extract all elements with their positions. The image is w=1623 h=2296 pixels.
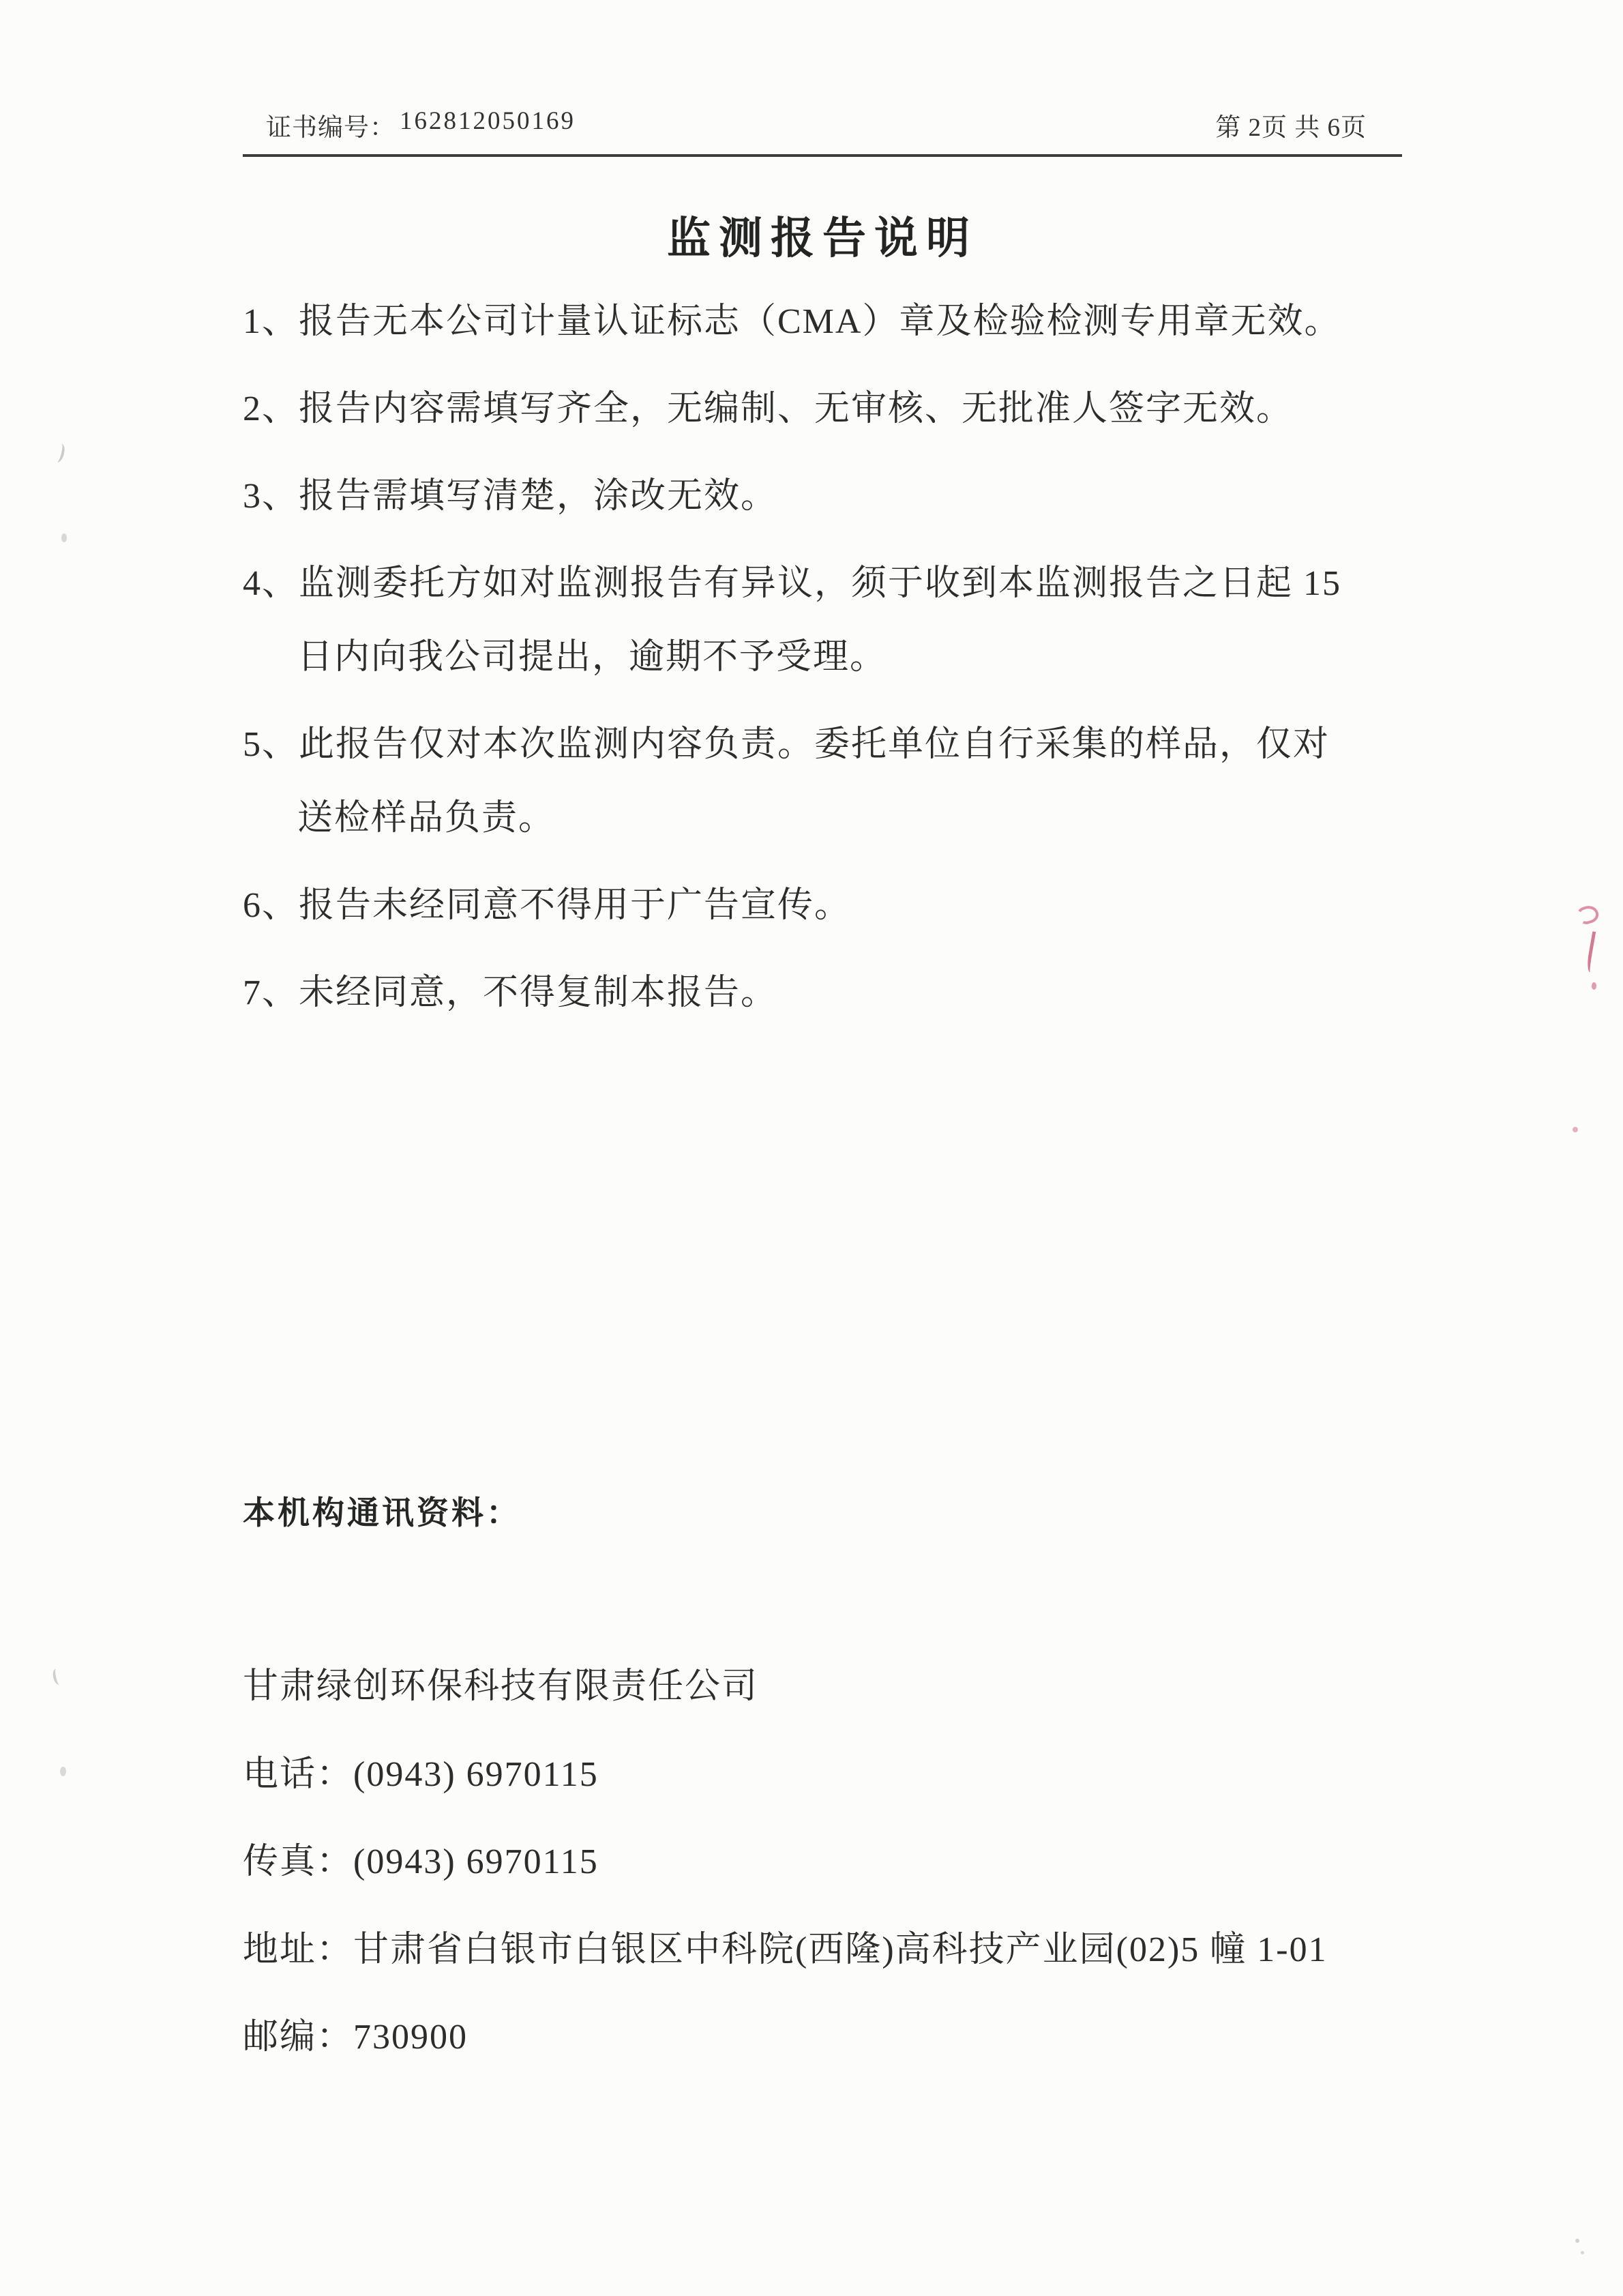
note-item-7: 7、未经同意，不得复制本报告。 — [243, 956, 1418, 1030]
certificate-number-line: 证书编号： 162812050169 — [266, 106, 576, 143]
note-item-5: 5、此报告仅对本次监测内容负责。委托单位自行采集的样品，仅对 送检样品负责。 — [243, 708, 1418, 855]
scan-artifact — [1575, 2239, 1579, 2243]
note-item-2: 2、报告内容需填写齐全，无编制、无审核、无批准人签字无效。 — [243, 372, 1418, 446]
note-item-3: 3、报告需填写清楚，涂改无效。 — [243, 460, 1418, 533]
notes-list: 1、报告无本公司计量认证标志（CMA）章及检验检测专用章无效。 2、报告内容需填… — [243, 285, 1418, 1044]
scan-artifact — [53, 443, 66, 464]
scan-artifact — [61, 533, 67, 542]
fax-line: 传真：(0943) 6970115 — [243, 1841, 1443, 1883]
certificate-number: 162812050169 — [400, 106, 576, 143]
stamp-bleed-mark — [1576, 903, 1601, 926]
address-line: 地址：甘肃省白银市白银区中科院(西隆)高科技产业园(02)5 幢 1-01 — [243, 1929, 1443, 1971]
note-item-6: 6、报告未经同意不得用于广告宣传。 — [243, 869, 1418, 943]
scan-artifact — [52, 1668, 64, 1686]
contact-heading: 本机构通讯资料： — [243, 1494, 1443, 1532]
note-item-1: 1、报告无本公司计量认证标志（CMA）章及检验检测专用章无效。 — [243, 285, 1418, 359]
company-name: 甘肃绿创环保科技有限责任公司 — [243, 1666, 1443, 1708]
scan-artifact — [60, 1767, 66, 1776]
note-item-4: 4、监测委托方如对监测报告有异议，须于收到本监测报告之日起 15 日内向我公司提… — [243, 547, 1418, 694]
page-header: 证书编号： 162812050169 第 2页 共 6页 — [243, 106, 1402, 157]
contact-info-block: 本机构通讯资料： 甘肃绿创环保科技有限责任公司 电话：(0943) 697011… — [243, 1494, 1443, 2059]
stamp-bleed-mark — [1585, 931, 1602, 973]
certificate-label: 证书编号： — [266, 106, 396, 143]
page-title: 监测报告说明 — [243, 203, 1402, 266]
page-number-info: 第 2页 共 6页 — [1215, 106, 1367, 143]
stamp-bleed-mark — [1592, 982, 1596, 990]
phone-line: 电话：(0943) 6970115 — [243, 1754, 1443, 1796]
stamp-bleed-mark — [1573, 1127, 1578, 1132]
scan-artifact — [1581, 2251, 1584, 2254]
postcode-line: 邮编：730900 — [243, 2016, 1443, 2059]
report-page: 证书编号： 162812050169 第 2页 共 6页 监测报告说明 1、报告… — [0, 0, 1623, 2296]
